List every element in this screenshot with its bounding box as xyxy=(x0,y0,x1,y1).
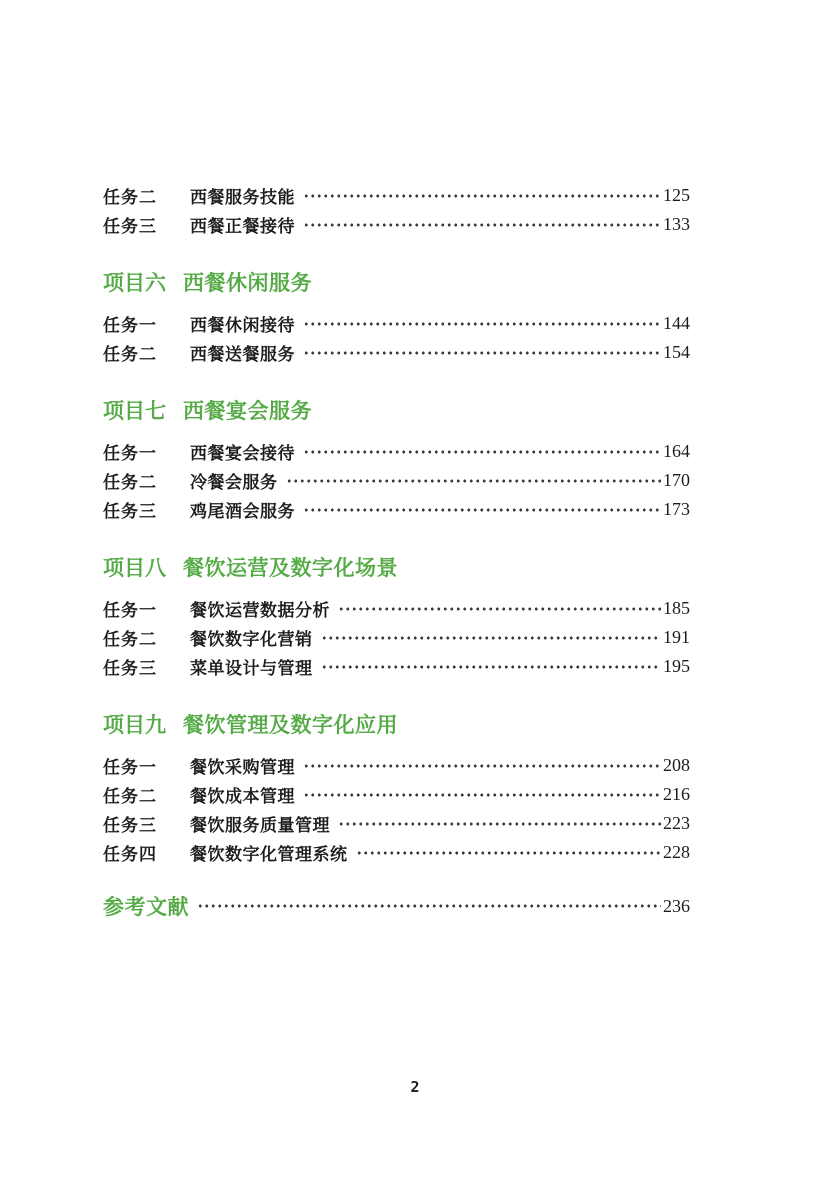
task-title: 餐饮成本管理 xyxy=(190,782,295,807)
dot-leader xyxy=(303,751,661,780)
task-page-number: 170 xyxy=(663,470,690,491)
toc-page: 任务二 西餐服务技能 125 任务三 西餐正餐接待 133 项目六 西餐休闲服务… xyxy=(0,0,836,1182)
table-of-contents: 任务二 西餐服务技能 125 任务三 西餐正餐接待 133 项目六 西餐休闲服务… xyxy=(103,181,690,923)
task-title: 菜单设计与管理 xyxy=(190,654,313,679)
dot-leader xyxy=(303,181,661,210)
toc-project-heading: 项目七 西餐宴会服务 xyxy=(103,393,690,427)
toc-task-row: 任务一 西餐休闲接待 144 xyxy=(103,309,690,338)
toc-task-row: 任务三 西餐正餐接待 133 xyxy=(103,210,690,239)
task-page-number: 223 xyxy=(663,813,690,834)
task-label: 任务二 xyxy=(103,468,190,493)
task-page-number: 191 xyxy=(663,627,690,648)
dot-leader xyxy=(321,623,662,652)
dot-leader xyxy=(303,780,661,809)
task-label: 任务一 xyxy=(103,596,190,621)
task-page-number: 208 xyxy=(663,755,690,776)
task-label: 任务三 xyxy=(103,212,190,237)
toc-task-row: 任务四 餐饮数字化管理系统 228 xyxy=(103,838,690,867)
task-title: 餐饮采购管理 xyxy=(190,753,295,778)
task-title: 西餐休闲接待 xyxy=(190,311,295,336)
toc-task-row: 任务三 餐饮服务质量管理 223 xyxy=(103,809,690,838)
task-page-number: 228 xyxy=(663,842,690,863)
task-page-number: 195 xyxy=(663,656,690,677)
task-page-number: 125 xyxy=(663,185,690,206)
toc-task-row: 任务一 餐饮运营数据分析 185 xyxy=(103,594,690,623)
toc-project-heading: 项目六 西餐休闲服务 xyxy=(103,265,690,299)
references-title: 参考文献 xyxy=(103,891,189,921)
task-page-number: 164 xyxy=(663,441,690,462)
task-label: 任务二 xyxy=(103,782,190,807)
task-page-number: 133 xyxy=(663,214,690,235)
dot-leader xyxy=(303,495,661,524)
dot-leader xyxy=(338,809,661,838)
task-title: 餐饮运营数据分析 xyxy=(190,596,330,621)
dot-leader xyxy=(303,338,661,367)
task-title: 餐饮数字化营销 xyxy=(190,625,313,650)
dot-leader xyxy=(321,652,662,681)
task-title: 餐饮服务质量管理 xyxy=(190,811,330,836)
dot-leader xyxy=(356,838,662,867)
dot-leader xyxy=(303,309,661,338)
toc-task-row: 任务二 西餐服务技能 125 xyxy=(103,181,690,210)
toc-task-row: 任务二 餐饮数字化营销 191 xyxy=(103,623,690,652)
task-page-number: 185 xyxy=(663,598,690,619)
task-label: 任务二 xyxy=(103,340,190,365)
task-title: 西餐服务技能 xyxy=(190,183,295,208)
task-page-number: 154 xyxy=(663,342,690,363)
task-label: 任务三 xyxy=(103,811,190,836)
task-label: 任务二 xyxy=(103,625,190,650)
toc-task-row: 任务二 冷餐会服务 170 xyxy=(103,466,690,495)
task-page-number: 173 xyxy=(663,499,690,520)
dot-leader xyxy=(338,594,661,623)
task-title: 鸡尾酒会服务 xyxy=(190,497,295,522)
toc-task-row: 任务一 餐饮采购管理 208 xyxy=(103,751,690,780)
dot-leader xyxy=(303,210,661,239)
toc-task-row: 任务三 鸡尾酒会服务 173 xyxy=(103,495,690,524)
references-page-number: 236 xyxy=(663,896,690,917)
project-title: 西餐宴会服务 xyxy=(183,395,312,425)
task-title: 餐饮数字化管理系统 xyxy=(190,840,348,865)
task-title: 西餐宴会接待 xyxy=(190,439,295,464)
toc-project-heading: 项目八 餐饮运营及数字化场景 xyxy=(103,550,690,584)
task-label: 任务一 xyxy=(103,753,190,778)
toc-task-row: 任务二 餐饮成本管理 216 xyxy=(103,780,690,809)
task-label: 任务三 xyxy=(103,654,190,679)
project-label: 项目八 xyxy=(103,552,183,582)
task-title: 西餐送餐服务 xyxy=(190,340,295,365)
task-label: 任务二 xyxy=(103,183,190,208)
project-title: 西餐休闲服务 xyxy=(183,267,312,297)
dot-leader xyxy=(286,466,662,495)
task-page-number: 144 xyxy=(663,313,690,334)
toc-task-row: 任务三 菜单设计与管理 195 xyxy=(103,652,690,681)
project-title: 餐饮运营及数字化场景 xyxy=(183,552,398,582)
toc-task-row: 任务二 西餐送餐服务 154 xyxy=(103,338,690,367)
dot-leader xyxy=(197,889,661,923)
task-label: 任务三 xyxy=(103,497,190,522)
task-label: 任务一 xyxy=(103,439,190,464)
project-label: 项目六 xyxy=(103,267,183,297)
project-title: 餐饮管理及数字化应用 xyxy=(183,709,398,739)
task-label: 任务一 xyxy=(103,311,190,336)
task-title: 西餐正餐接待 xyxy=(190,212,295,237)
toc-project-heading: 项目九 餐饮管理及数字化应用 xyxy=(103,707,690,741)
toc-task-row: 任务一 西餐宴会接待 164 xyxy=(103,437,690,466)
project-label: 项目九 xyxy=(103,709,183,739)
page-number: 2 xyxy=(0,1078,830,1096)
project-label: 项目七 xyxy=(103,395,183,425)
dot-leader xyxy=(303,437,661,466)
task-label: 任务四 xyxy=(103,840,190,865)
task-title: 冷餐会服务 xyxy=(190,468,278,493)
toc-references-row: 参考文献 236 xyxy=(103,889,690,923)
task-page-number: 216 xyxy=(663,784,690,805)
